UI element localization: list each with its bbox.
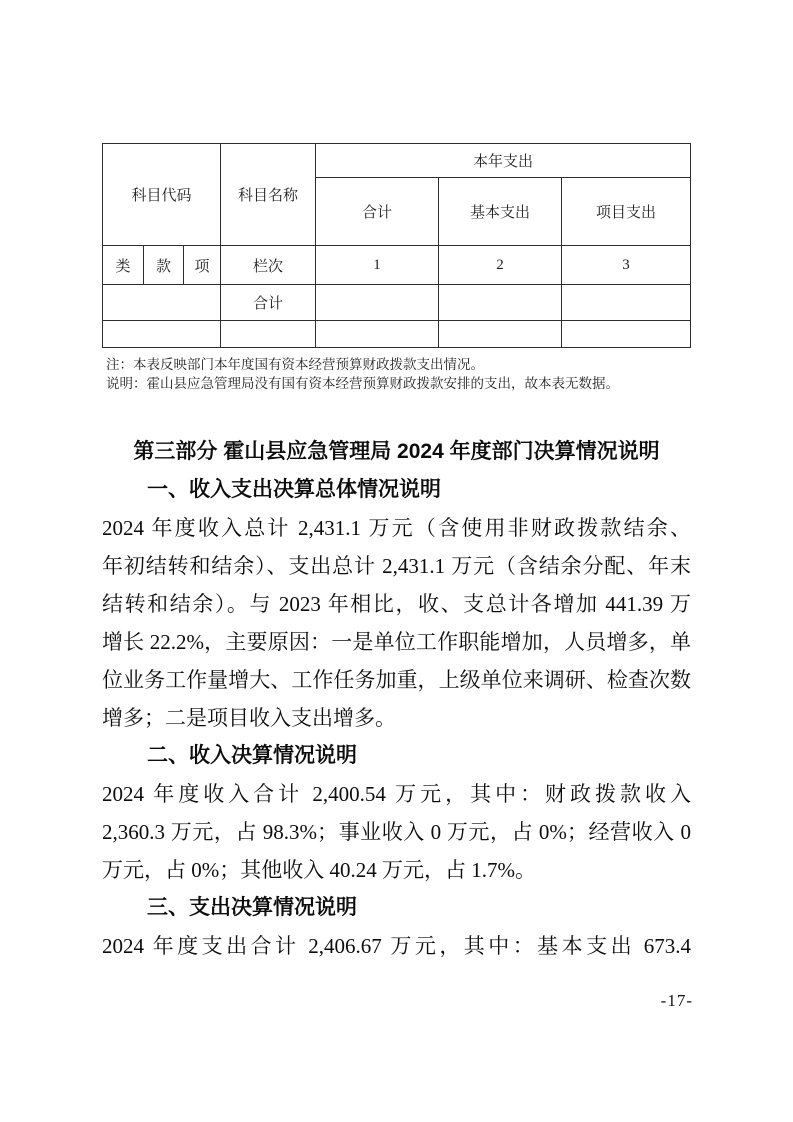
table-data-row: 合计 [103, 285, 691, 321]
code-cell [103, 285, 221, 321]
code-cell [103, 321, 221, 348]
section-2-heading: 二、收入决算情况说明 [102, 737, 691, 775]
paragraph-line: 位业务工作量增大、工作任务加重，上级单位来调研、检查次数 [102, 661, 691, 699]
column-number-1: 1 [316, 246, 439, 285]
name-cell: 合计 [221, 285, 316, 321]
code-class-header: 类 [103, 246, 144, 285]
section-1-heading: 一、收入支出决算总体情况说明 [102, 471, 691, 509]
table-notes: 注：本表反映部门本年度国有资本经营预算财政拨款支出情况。 说明：霍山县应急管理局… [106, 355, 706, 393]
table-explanation: 说明：霍山县应急管理局没有国有资本经营预算财政拨款安排的支出，故本表无数据。 [106, 374, 706, 393]
basic-expenditure-header: 基本支出 [439, 178, 562, 246]
project-expenditure-header: 项目支出 [562, 178, 691, 246]
project-expenditure-cell [562, 321, 691, 348]
section-3-paragraph: 2024 年度支出合计 2,406.67 万元，其中：基本支出 673.4 [102, 927, 691, 965]
paragraph-line: 2024 年度支出合计 2,406.67 万元，其中：基本支出 673.4 [102, 927, 691, 965]
row-label-cell: 栏次 [221, 246, 316, 285]
paragraph-line: 年初结转和结余）、支出总计 2,431.1 万元（含结余分配、年末 [102, 547, 691, 585]
subject-code-header: 科目代码 [103, 144, 221, 246]
project-expenditure-cell [562, 285, 691, 321]
column-number-3: 3 [562, 246, 691, 285]
paragraph-line: 结转和结余）。与 2023 年相比，收、支总计各增加 441.39 万元， [102, 585, 691, 623]
current-year-expenditure-header: 本年支出 [316, 144, 691, 178]
paragraph-line: 增长 22.2%，主要原因：一是单位工作职能增加，人员增多，单 [102, 623, 691, 661]
table-note: 注：本表反映部门本年度国有资本经营预算财政拨款支出情况。 [106, 355, 706, 374]
basic-expenditure-cell [439, 285, 562, 321]
section-2-paragraph: 2024 年度收入合计 2,400.54 万元，其中：财政拨款收入 2,360.… [102, 775, 691, 889]
table-body: 科目代码 科目名称 本年支出 合计 基本支出 项目支出 类 款 项 栏次 1 2… [103, 144, 691, 348]
name-cell [221, 321, 316, 348]
column-number-2: 2 [439, 246, 562, 285]
table-header-row-3: 类 款 项 栏次 1 2 3 [103, 246, 691, 285]
total-header: 合计 [316, 178, 439, 246]
table-data-row [103, 321, 691, 348]
section-1-paragraph: 2024 年度收入总计 2,431.1 万元（含使用非财政拨款结余、 年初结转和… [102, 509, 691, 737]
total-cell [316, 285, 439, 321]
main-text: 第三部分 霍山县应急管理局 2024 年度部门决算情况说明 一、收入支出决算总体… [102, 433, 691, 965]
document-page: 科目代码 科目名称 本年支出 合计 基本支出 项目支出 类 款 项 栏次 1 2… [0, 0, 793, 1122]
code-section-header: 款 [144, 246, 184, 285]
paragraph-line: 万元，占 0%；其他收入 40.24 万元，占 1.7%。 [102, 851, 691, 889]
subject-name-header: 科目名称 [221, 144, 316, 246]
code-item-header: 项 [184, 246, 221, 285]
paragraph-line: 2024 年度收入合计 2,400.54 万元，其中：财政拨款收入 [102, 775, 691, 813]
paragraph-line: 2,360.3 万元，占 98.3%；事业收入 0 万元，占 0%；经营收入 0 [102, 813, 691, 851]
section-3-heading: 三、支出决算情况说明 [102, 889, 691, 927]
table-header-row-1: 科目代码 科目名称 本年支出 [103, 144, 691, 178]
basic-expenditure-cell [439, 321, 562, 348]
part-title: 第三部分 霍山县应急管理局 2024 年度部门决算情况说明 [102, 433, 691, 471]
state-capital-expenditure-table: 科目代码 科目名称 本年支出 合计 基本支出 项目支出 类 款 项 栏次 1 2… [102, 143, 691, 348]
paragraph-line: 2024 年度收入总计 2,431.1 万元（含使用非财政拨款结余、 [102, 509, 691, 547]
page-number: -17- [661, 991, 693, 1011]
total-cell [316, 321, 439, 348]
paragraph-line: 增多；二是项目收入支出增多。 [102, 699, 691, 737]
